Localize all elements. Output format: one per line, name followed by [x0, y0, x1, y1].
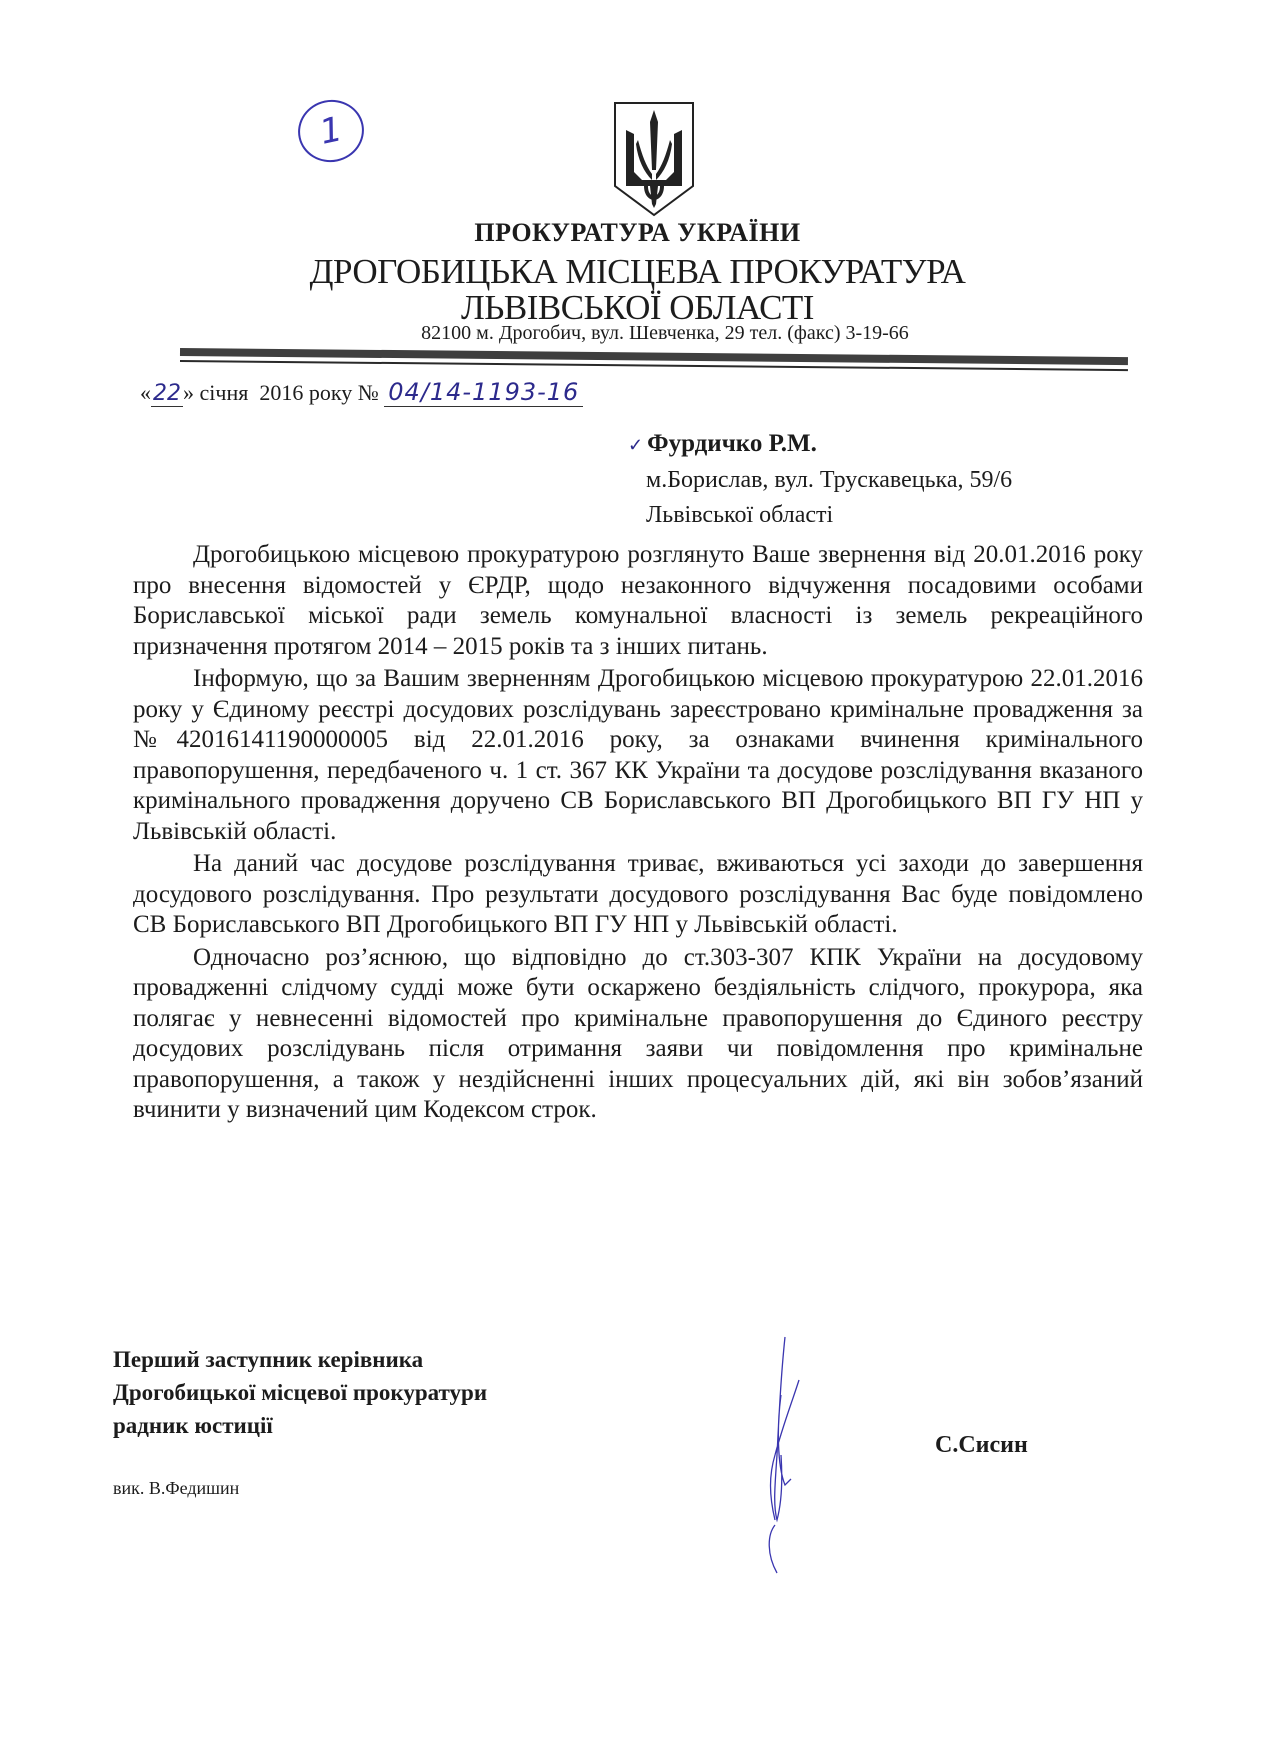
body-paragraph-2: Інформую, що за Вашим зверненням Дрогоби…	[133, 664, 1143, 847]
signatory-title-line-3: радник юстиції	[113, 1409, 487, 1442]
check-mark-icon: ✓	[628, 435, 643, 455]
date-day: 22	[151, 381, 183, 407]
letterhead-line-1: ПРОКУРАТУРА УКРАЇНИ	[0, 218, 1275, 248]
handwritten-signature-icon	[755, 1335, 815, 1575]
page-number-text: 1	[316, 109, 345, 153]
signatory-name: С.Сисин	[935, 1432, 1028, 1459]
signatory-title-line-2: Дрогобицької місцевої прокуратури	[113, 1376, 487, 1409]
letterhead-line-2: ДРОГОБИЦЬКА МІСЦЕВА ПРОКУРАТУРА	[0, 252, 1275, 292]
date-line: «22» січня 2016 року № 04/14-1193-16	[140, 378, 583, 406]
body-paragraph-4: Одночасно роз’яснюю, що відповідно до ст…	[133, 943, 1143, 1126]
letterhead-address: 82100 м. Дрогобич, вул. Шевченка, 29 тел…	[0, 322, 1275, 345]
recipient-address-line-1: м.Борислав, вул. Трускавецька, 59/6	[628, 463, 1012, 498]
recipient-block: ✓Фурдичко Р.М. м.Борислав, вул. Трускаве…	[628, 426, 1012, 533]
signatory-title-line-1: Перший заступник керівника	[113, 1343, 487, 1376]
body-paragraph-3: На даний час досудове розслідування трив…	[133, 849, 1143, 941]
body-paragraph-1: Дрогобицькою місцевою прокуратурою розгл…	[133, 540, 1143, 662]
signatory-title: Перший заступник керівника Дрогобицької …	[113, 1343, 487, 1442]
recipient-address-line-2: Львівської області	[628, 498, 1012, 533]
executor-name: вик. В.Федишин	[113, 1478, 239, 1499]
circled-page-number: 1	[292, 94, 369, 168]
letter-body: Дрогобицькою місцевою прокуратурою розгл…	[133, 540, 1143, 1126]
recipient-name: Фурдичко Р.М.	[647, 430, 817, 457]
coat-of-arms-icon	[612, 100, 696, 218]
date-text: січня 2016 року №	[194, 380, 384, 405]
registration-number: 04/14-1193-16	[384, 378, 583, 407]
date-close-quote: »	[183, 380, 194, 405]
date-open-quote: «	[140, 380, 151, 405]
